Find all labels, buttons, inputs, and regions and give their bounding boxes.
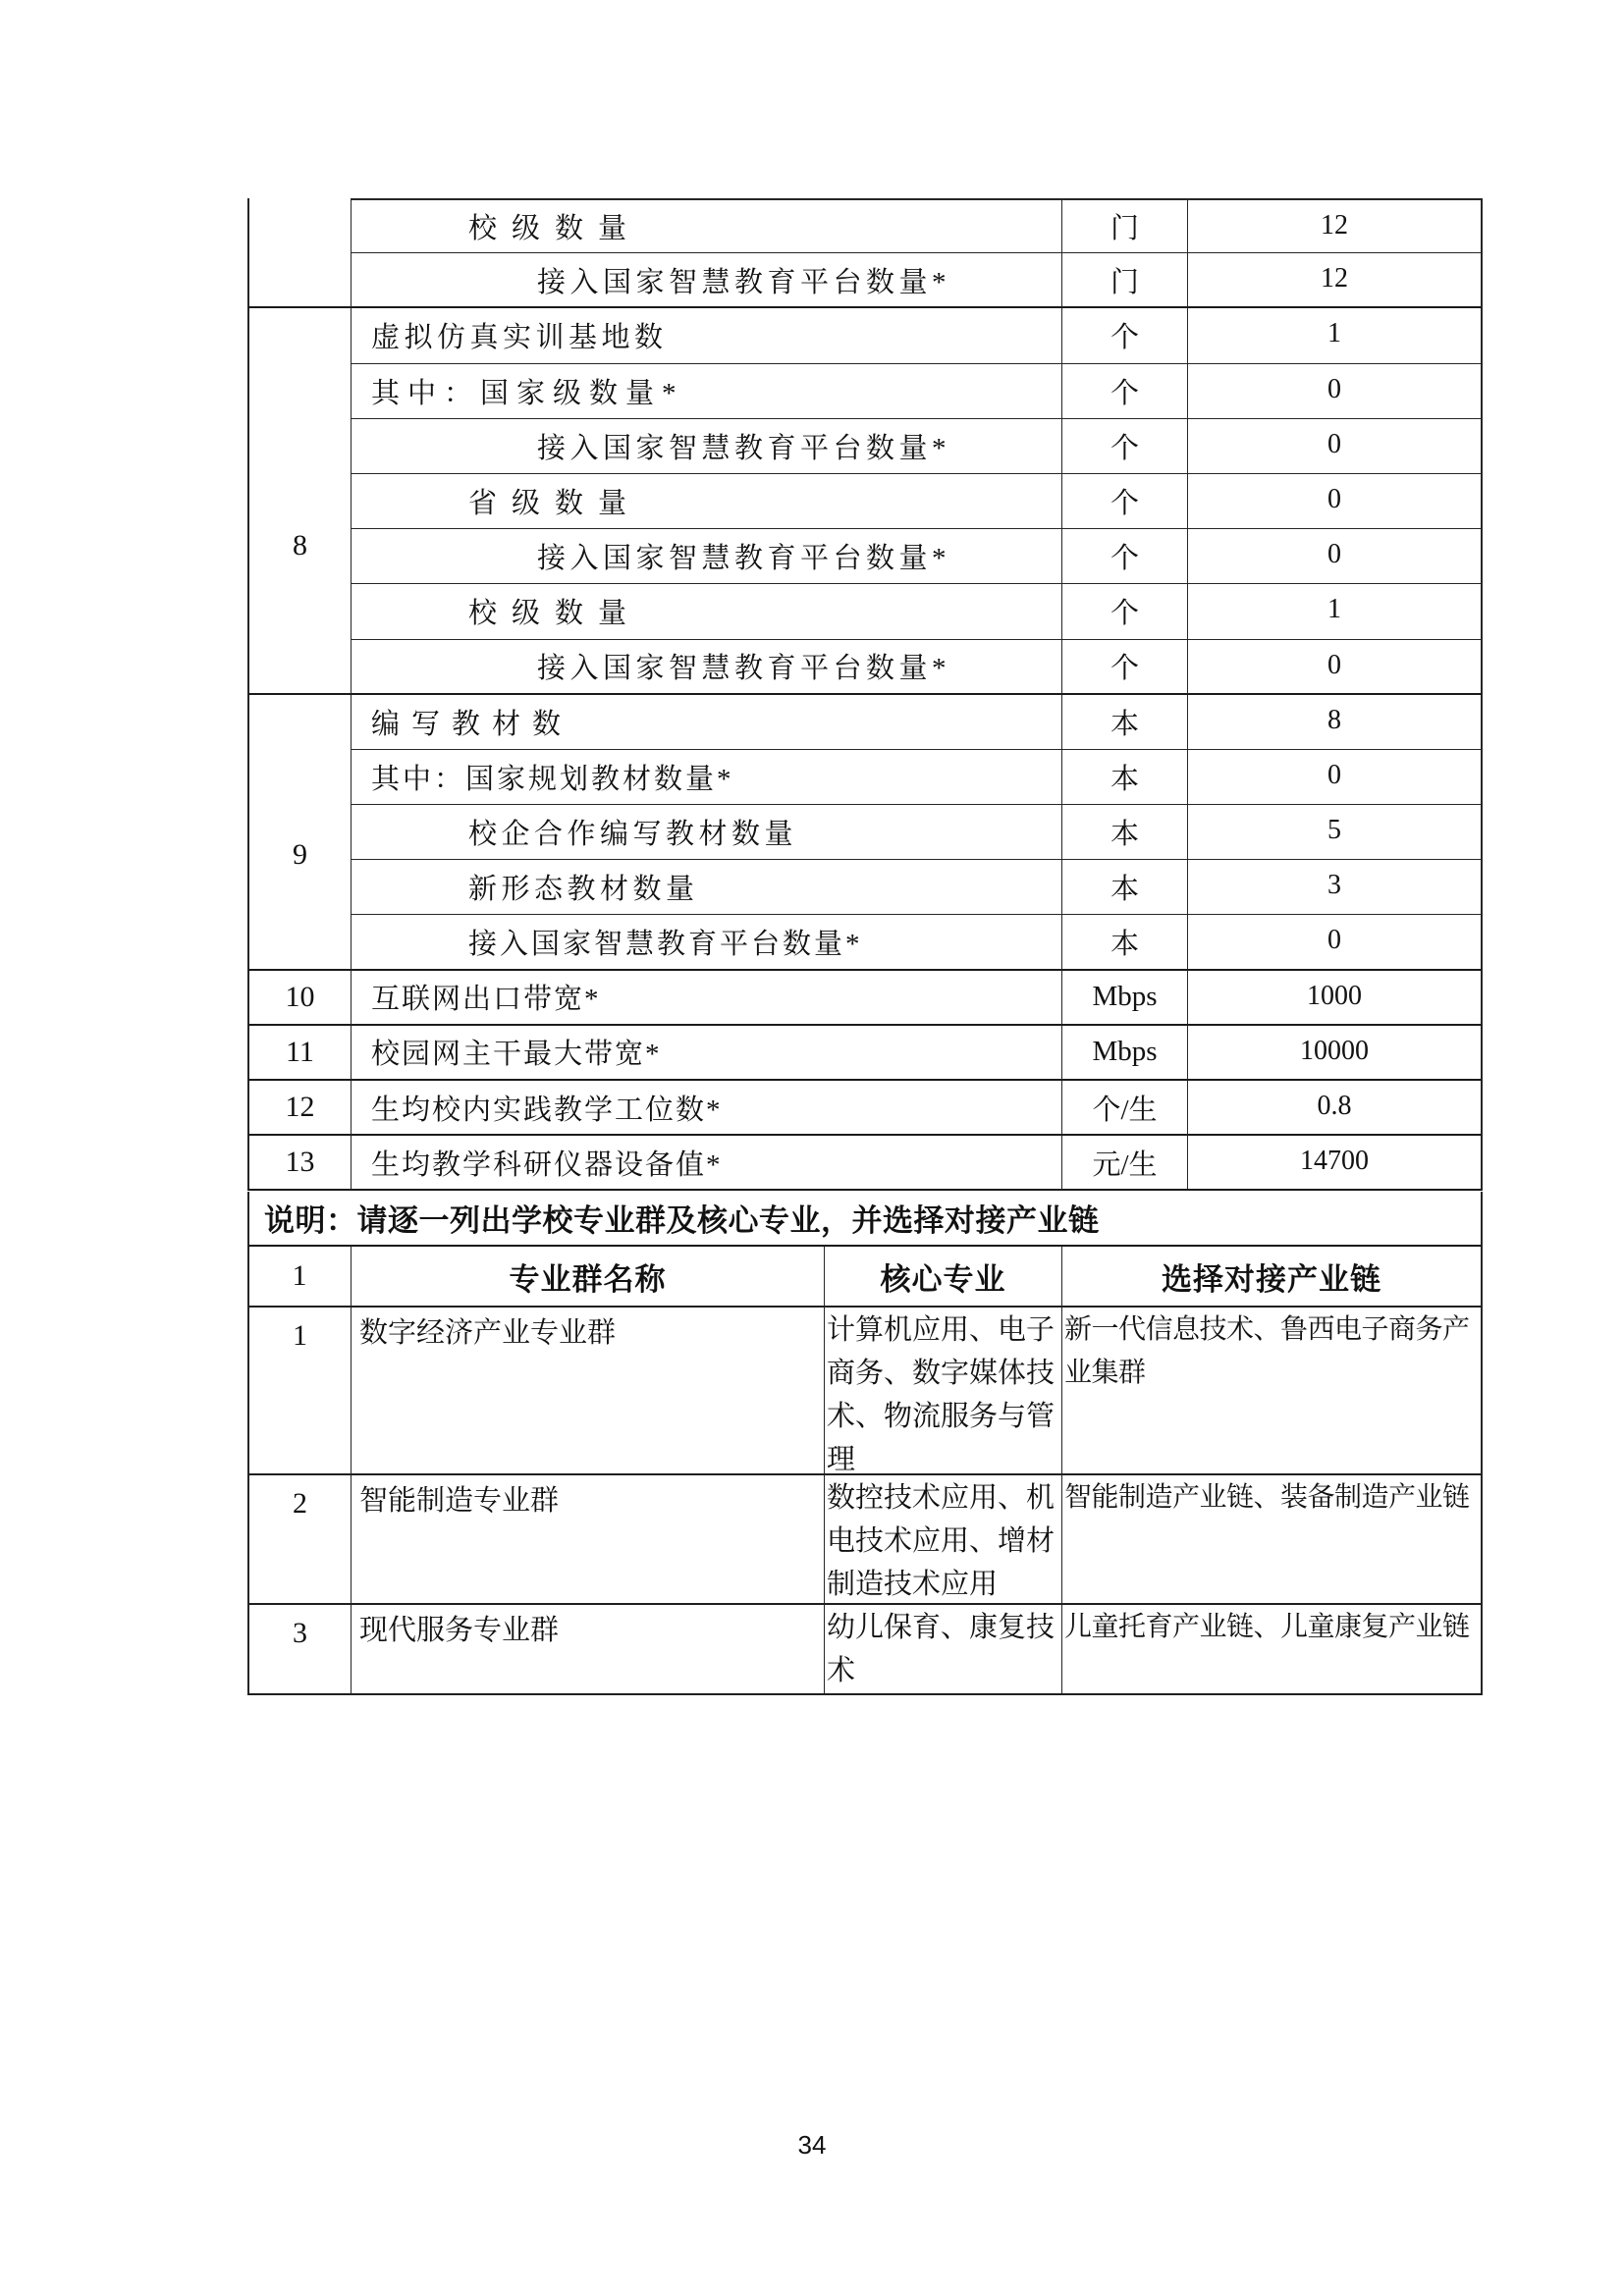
document-page: 8 9 10 11 12 13 校级数量 门 12 接入国家智慧教育平台数量* … [0,0,1624,2296]
specialty-group-table: 1 专业群名称 核心专业 选择对接产业链 1 数字经济产业专业群 计算机应用、电… [247,1247,1483,1695]
statistics-table: 8 9 10 11 12 13 校级数量 门 12 接入国家智慧教育平台数量* … [247,198,1483,1191]
row-label: 接入国家智慧教育平台数量* [352,419,1062,474]
row-value: 5 [1188,805,1483,860]
row-label: 校园网主干最大带宽* [352,1026,1062,1081]
row-label: 校级数量 [352,584,1062,639]
row-value: 0 [1188,364,1483,419]
group-row-core-majors: 计算机应用、电子商务、数字媒体技术、物流服务与管理 [825,1308,1062,1475]
group-row-industry-chain: 智能制造产业链、装备制造产业链 [1062,1475,1483,1605]
row-label: 其中：国家级数量* [352,364,1062,419]
row-label: 新形态教材数量 [352,860,1062,915]
row-label: 生均教学科研仪器设备值* [352,1136,1062,1191]
note-text: 说明：请逐一列出学校专业群及核心专业，并选择对接产业链 [264,1196,1100,1240]
row-label: 其中：国家规划教材数量* [352,750,1062,805]
row-unit: 本 [1062,860,1188,915]
group-row-number: 2 [247,1475,352,1605]
group-number-cell-10: 10 [247,971,352,1026]
row-unit: 个 [1062,584,1188,639]
row-unit: 个 [1062,474,1188,529]
group-row-name: 数字经济产业专业群 [352,1308,825,1475]
group-row-core-majors: 数控技术应用、机电技术应用、增材制造技术应用 [825,1475,1062,1605]
group-row-industry-chain: 新一代信息技术、鲁西电子商务产业集群 [1062,1308,1483,1475]
row-value: 0 [1188,750,1483,805]
row-unit: 个 [1062,364,1188,419]
row-unit: Mbps [1062,1026,1188,1081]
row-label: 校级数量 [352,198,1062,253]
row-label: 编写教材数 [352,695,1062,750]
group-number-cell-13: 13 [247,1136,352,1191]
group-number-cell-12: 12 [247,1081,352,1136]
row-value: 1000 [1188,971,1483,1026]
row-label: 虚拟仿真实训基地数 [352,308,1062,363]
row-value: 0 [1188,419,1483,474]
group-row-name: 现代服务专业群 [352,1605,825,1695]
row-unit: 门 [1062,198,1188,253]
group-row-name: 智能制造专业群 [352,1475,825,1605]
row-unit: 本 [1062,695,1188,750]
row-value: 0.8 [1188,1081,1483,1136]
group-number-cell-blank [247,198,352,308]
row-unit: 元/生 [1062,1136,1188,1191]
header-number-cell: 1 [247,1247,352,1308]
row-unit: 个 [1062,308,1188,363]
row-value: 0 [1188,529,1483,584]
group-number-cell-11: 11 [247,1026,352,1081]
header-core-major: 核心专业 [825,1247,1062,1308]
row-label: 接入国家智慧教育平台数量* [352,640,1062,695]
row-unit: 个 [1062,419,1188,474]
row-unit: 个 [1062,529,1188,584]
row-unit: 本 [1062,805,1188,860]
group-number-cell-8: 8 [247,308,352,694]
row-value: 3 [1188,860,1483,915]
header-industry-chain: 选择对接产业链 [1062,1247,1483,1308]
row-value: 10000 [1188,1026,1483,1081]
row-unit: 个/生 [1062,1081,1188,1136]
row-value: 0 [1188,474,1483,529]
row-value: 14700 [1188,1136,1483,1191]
page-number: 34 [798,2130,827,2161]
group-row-number: 1 [247,1308,352,1475]
row-label: 接入国家智慧教育平台数量* [352,529,1062,584]
row-value: 12 [1188,198,1483,253]
row-label: 校企合作编写教材数量 [352,805,1062,860]
note-row: 说明：请逐一列出学校专业群及核心专业，并选择对接产业链 [247,1192,1483,1247]
group-row-number: 3 [247,1605,352,1695]
row-label: 生均校内实践教学工位数* [352,1081,1062,1136]
group-number-cell-9: 9 [247,695,352,971]
row-label: 互联网出口带宽* [352,971,1062,1026]
group-row-industry-chain: 儿童托育产业链、儿童康复产业链 [1062,1605,1483,1695]
row-unit: 个 [1062,640,1188,695]
row-value: 12 [1188,253,1483,308]
row-label: 省级数量 [352,474,1062,529]
row-label: 接入国家智慧教育平台数量* [352,253,1062,308]
group-row-core-majors: 幼儿保育、康复技术 [825,1605,1062,1695]
header-group-name: 专业群名称 [352,1247,825,1308]
row-value: 8 [1188,695,1483,750]
row-value: 1 [1188,584,1483,639]
row-unit: 门 [1062,253,1188,308]
row-unit: 本 [1062,750,1188,805]
row-value: 0 [1188,640,1483,695]
row-label: 接入国家智慧教育平台数量* [352,915,1062,970]
row-unit: Mbps [1062,971,1188,1026]
row-unit: 本 [1062,915,1188,970]
row-value: 1 [1188,308,1483,363]
row-value: 0 [1188,915,1483,970]
